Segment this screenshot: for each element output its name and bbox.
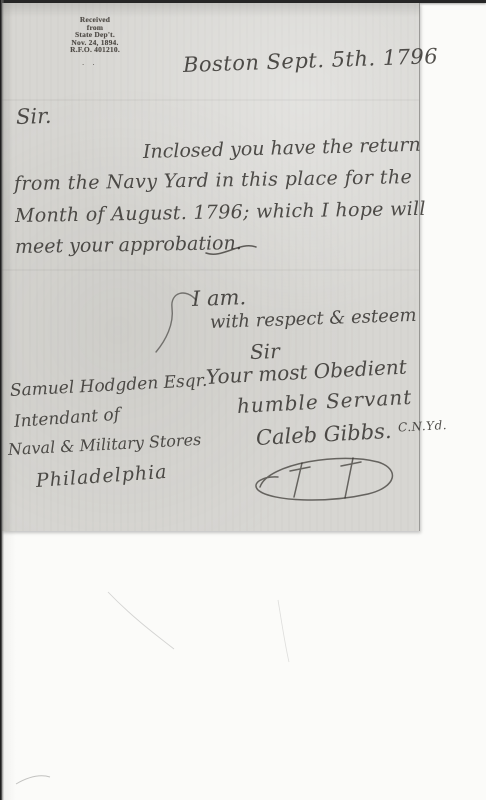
paper-crease [1, 99, 419, 101]
stamp-line: R.F.O. 401210. [52, 46, 138, 54]
letter-closing-line: I am. [192, 287, 247, 310]
page-left-edge [0, 0, 4, 800]
signature-suffix: C.N.Yd. [398, 418, 448, 435]
received-stamp: Received from State Dep't. Nov. 24, 1894… [52, 16, 138, 54]
pencil-mark [16, 776, 50, 784]
letter-closing-line: Sir [250, 341, 280, 362]
scanned-letter-page: Received from State Dep't. Nov. 24, 1894… [0, 0, 486, 800]
pencil-mark [278, 600, 289, 662]
letter-body-line: meet your approbation. [15, 234, 242, 257]
pencil-mark [108, 592, 174, 649]
stamp-dots: · · [82, 61, 98, 69]
letter-salutation: Sir. [16, 106, 52, 128]
paper-crease [1, 269, 419, 271]
